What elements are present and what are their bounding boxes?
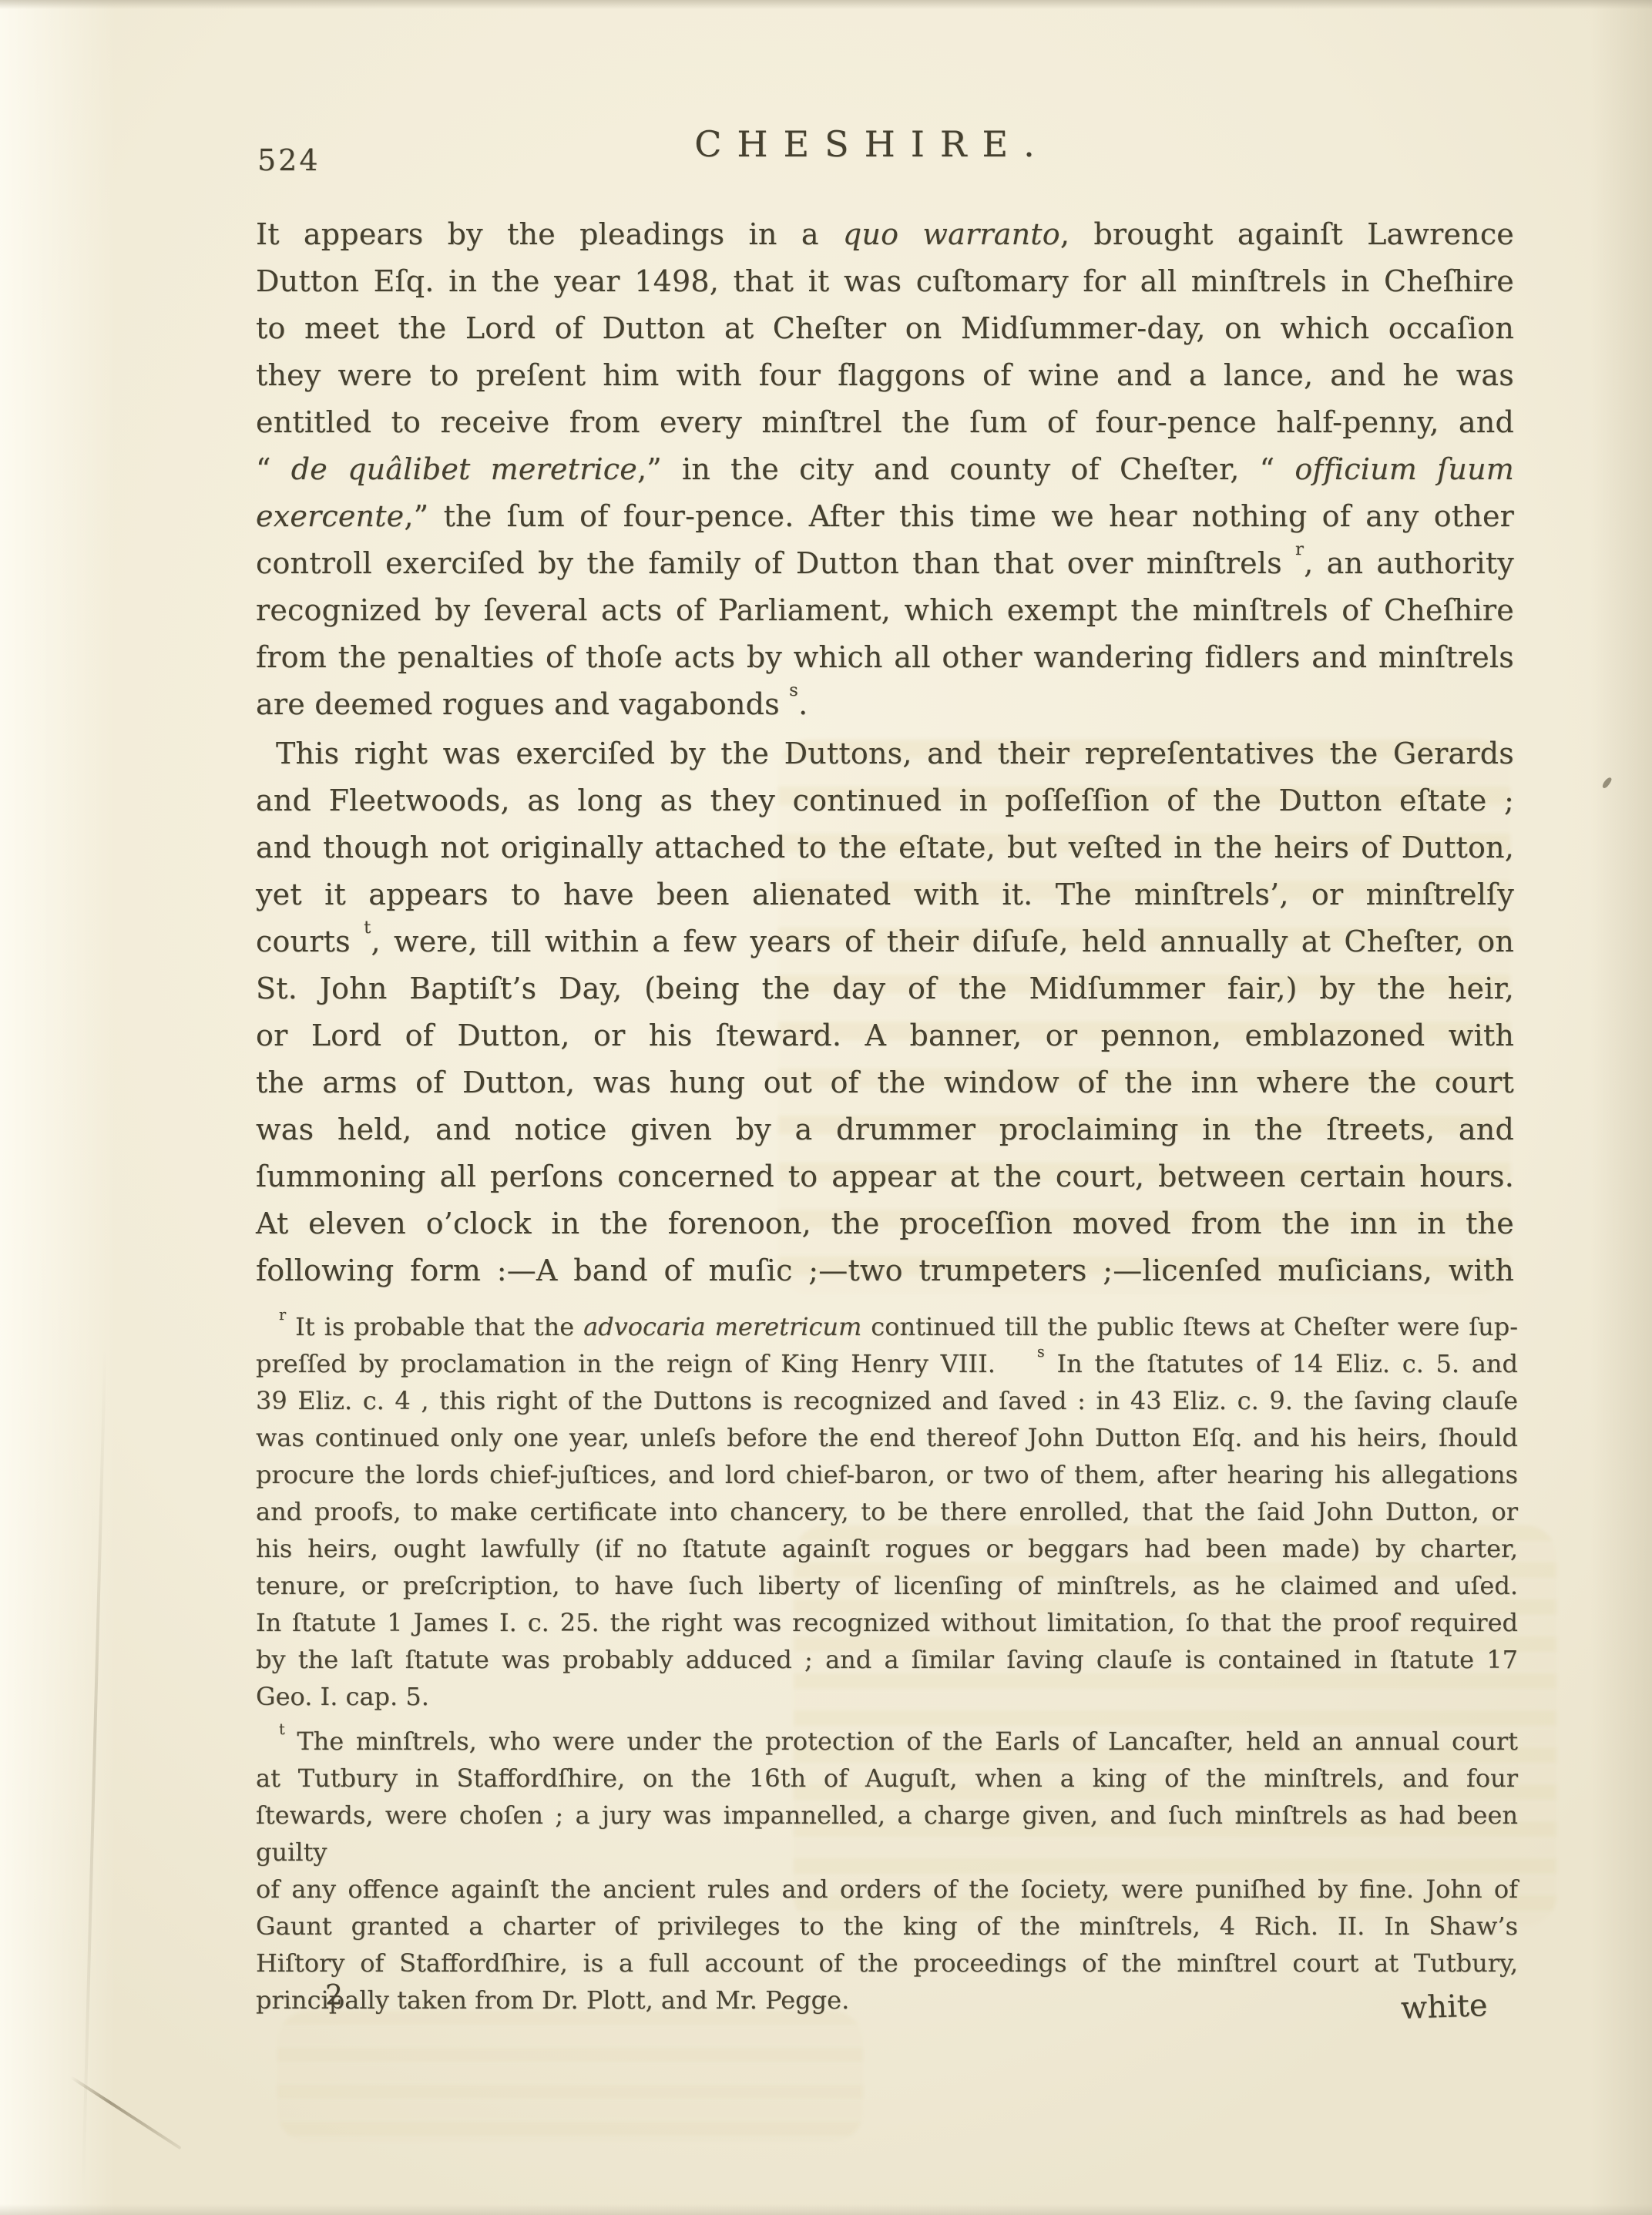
footnote-r-s: r It is probable that the advocaria mere… (256, 1308, 1518, 1715)
text-segment: 39 Eliz. c. 4 , this right of the Dutton… (256, 1386, 1518, 1415)
text-segment: advocaria meretricum (583, 1312, 861, 1341)
text-segment: at Tutbury in Staffordſhire, on the 16th… (256, 1764, 1518, 1793)
text-line: ſtewards, were choſen ; a jury was impan… (256, 1797, 1518, 1871)
page-crease (82, 1348, 107, 2196)
signature-mark: 2 (325, 1980, 343, 2012)
text-line: principally taken from Dr. Plott, and Mr… (256, 1982, 1518, 2019)
text-segment: . (798, 687, 808, 721)
text-segment: In ſtatute 1 James I. c. 25. the right w… (256, 1608, 1518, 1637)
text-segment: It appears by the pleadings in a (256, 217, 843, 251)
text-line: his heirs, ought lawfully (if no ſtatute… (256, 1530, 1518, 1567)
text-segment: , brought againſt Lawrence (1060, 217, 1514, 251)
text-segment: the arms of Dutton, was hung out of the … (256, 1066, 1514, 1099)
text-segment: preſſed by proclamation in the reign of … (256, 1349, 996, 1378)
catchword: white (1400, 1988, 1488, 2026)
text-segment: ſummoning all perſons concerned to appea… (256, 1160, 1514, 1193)
text-line: to meet the Lord of Dutton at Cheſter on… (256, 305, 1514, 352)
text-segment: quo warranto (843, 217, 1060, 251)
text-line: are deemed rogues and vagabonds s. (256, 681, 1514, 728)
text-segment: ,” in the city and county of Cheſter, “ (637, 452, 1294, 486)
text-line: Dutton Eſq. in the year 1498, that it wa… (256, 258, 1514, 305)
text-segment: officium ſuum (1294, 452, 1514, 486)
text-segment: was continued only one year, unleſs befo… (256, 1423, 1518, 1452)
text-segment: continued till the public ſtews at Cheſt… (861, 1312, 1518, 1341)
paragraph-quo-warranto: It appears by the pleadings in a quo war… (256, 211, 1514, 728)
text-line: controll exerciſed by the family of Dutt… (256, 540, 1514, 587)
text-line: was continued only one year, unleſs befo… (256, 1419, 1518, 1456)
text-line: and proofs, to make certificate into cha… (256, 1493, 1518, 1530)
ink-bleedthrough (277, 2011, 863, 2142)
text-line: 39 Eliz. c. 4 , this right of the Dutton… (256, 1382, 1518, 1419)
text-segment: recognized by ſeveral acts of Parliament… (256, 593, 1514, 627)
book-page: 524 CHESHIRE. It appears by the pleading… (0, 0, 1652, 2215)
text-line: procure the lords chief-juſtices, and lo… (256, 1456, 1518, 1493)
text-line: In ſtatute 1 James I. c. 25. the right w… (256, 1604, 1518, 1641)
text-line: and though not originally attached to th… (256, 824, 1514, 871)
footnote-marker: s (789, 680, 798, 700)
scan-speck (1601, 776, 1613, 789)
text-segment: , were, till within a few years of their… (371, 925, 1514, 958)
text-segment: Hiſtory of Staffordſhire, is a full acco… (256, 1948, 1518, 1978)
text-line: at Tutbury in Staffordſhire, on the 16th… (256, 1760, 1518, 1797)
text-line: This right was exerciſed by the Duttons,… (256, 730, 1514, 777)
text-segment: or Lord of Dutton, or his ſteward. A ban… (256, 1019, 1514, 1052)
footnote-marker: r (279, 1306, 286, 1324)
text-line: preſſed by proclamation in the reign of … (256, 1345, 1518, 1382)
text-segment: Dutton Eſq. in the year 1498, that it wa… (256, 264, 1514, 298)
text-segment: they were to preſent him with four flagg… (256, 358, 1514, 392)
text-line: from the penalties of thoſe acts by whic… (256, 634, 1514, 681)
text-line: of any offence againſt the ancient rules… (256, 1871, 1518, 1908)
text-line: and Fleetwoods, as long as they continue… (256, 777, 1514, 824)
text-segment: controll exerciſed by the family of Dutt… (256, 546, 1295, 580)
text-segment: principally taken from Dr. Plott, and Mr… (256, 1985, 849, 2015)
text-segment: yet it appears to have been alienated wi… (256, 878, 1514, 911)
text-segment: It is probable that the (286, 1312, 583, 1341)
text-segment: of any offence againſt the ancient rules… (256, 1874, 1518, 1904)
text-line: they were to preſent him with four flagg… (256, 352, 1514, 399)
text-segment: procure the lords chief-juſtices, and lo… (256, 1460, 1518, 1489)
text-line: entitled to receive from every minſtrel … (256, 399, 1514, 446)
footnote-t: t The minſtrels, who were under the prot… (256, 1723, 1518, 2019)
text-line: the arms of Dutton, was hung out of the … (256, 1059, 1514, 1106)
text-line: yet it appears to have been alienated wi… (256, 871, 1514, 918)
text-segment: and though not originally attached to th… (256, 831, 1514, 864)
text-line: Gaunt granted a charter of privileges to… (256, 1908, 1518, 1945)
text-segment: and proofs, to make certificate into cha… (256, 1497, 1518, 1526)
text-segment: Geo. I. cap. 5. (256, 1682, 429, 1711)
text-segment: are deemed rogues and vagabonds (256, 687, 789, 721)
main-text-block: It appears by the pleadings in a quo war… (256, 211, 1514, 1294)
text-line: exercente,” the ſum of four-pence. After… (256, 493, 1514, 540)
text-segment: de quâlibet meretrice (291, 452, 637, 486)
text-segment: from the penalties of thoſe acts by whic… (256, 640, 1514, 674)
text-segment: by the laſt ſtatute was probably adduced… (256, 1645, 1518, 1674)
text-segment: At eleven o’clock in the forenoon, the p… (256, 1207, 1514, 1240)
text-segment: In the ſtatutes of 14 Eliz. c. 5. and (1045, 1349, 1518, 1378)
footnote-marker: t (364, 918, 371, 938)
text-line: It appears by the pleadings in a quo war… (256, 211, 1514, 258)
text-segment: The minſtrels, who were under the protec… (285, 1727, 1518, 1756)
text-line: recognized by ſeveral acts of Parliament… (256, 587, 1514, 634)
text-segment: exercente (256, 499, 404, 533)
text-segment: ,” the ſum of four-pence. After this tim… (404, 499, 1514, 533)
text-line: Hiſtory of Staffordſhire, is a full acco… (256, 1945, 1518, 1982)
text-segment: “ (256, 452, 291, 486)
text-segment: to meet the Lord of Dutton at Cheſter on… (256, 311, 1514, 345)
text-line: was held, and notice given by a drummer … (256, 1106, 1514, 1153)
text-line: tenure, or preſcription, to have ſuch li… (256, 1567, 1518, 1604)
text-line: ſummoning all perſons concerned to appea… (256, 1153, 1514, 1200)
text-line: r It is probable that the advocaria mere… (256, 1308, 1518, 1345)
text-line: or Lord of Dutton, or his ſteward. A ban… (256, 1012, 1514, 1059)
text-line: following form :—A band of muſic ;—two t… (256, 1247, 1514, 1294)
text-line: courts t, were, till within a few years … (256, 918, 1514, 965)
paragraph-minstrel-court: This right was exerciſed by the Duttons,… (256, 730, 1514, 1294)
text-segment: following form :—A band of muſic ;—two t… (256, 1253, 1514, 1287)
text-line: Geo. I. cap. 5. (256, 1678, 1518, 1715)
text-segment: This right was exerciſed by the Duttons,… (276, 737, 1514, 770)
text-segment: , an authority (1304, 546, 1514, 580)
text-line: At eleven o’clock in the forenoon, the p… (256, 1200, 1514, 1247)
text-segment: Gaunt granted a charter of privileges to… (256, 1911, 1518, 1941)
text-segment: and Fleetwoods, as long as they continue… (256, 784, 1514, 817)
text-segment: courts (256, 925, 364, 958)
footnote-marker: r (1295, 539, 1304, 559)
text-line: by the laſt ſtatute was probably adduced… (256, 1641, 1518, 1678)
text-segment: entitled to receive from every minſtrel … (256, 405, 1514, 439)
text-segment: his heirs, ought lawfully (if no ſtatute… (256, 1534, 1518, 1563)
footnote-marker: t (279, 1720, 285, 1738)
text-segment: ſtewards, were choſen ; a jury was impan… (256, 1801, 1518, 1867)
text-segment: was held, and notice given by a drummer … (256, 1113, 1514, 1146)
footnote-marker: s (1037, 1343, 1045, 1361)
running-header-title: CHESHIRE. (256, 123, 1473, 165)
footnotes-block: r It is probable that the advocaria mere… (256, 1308, 1518, 2019)
text-line: St. John Baptiſt’s Day, (being the day o… (256, 965, 1514, 1012)
text-line: t The minſtrels, who were under the prot… (256, 1723, 1518, 1760)
text-segment: tenure, or preſcription, to have ſuch li… (256, 1571, 1518, 1600)
text-segment: St. John Baptiſt’s Day, (being the day o… (256, 972, 1514, 1005)
text-line: “ de quâlibet meretrice,” in the city an… (256, 446, 1514, 493)
